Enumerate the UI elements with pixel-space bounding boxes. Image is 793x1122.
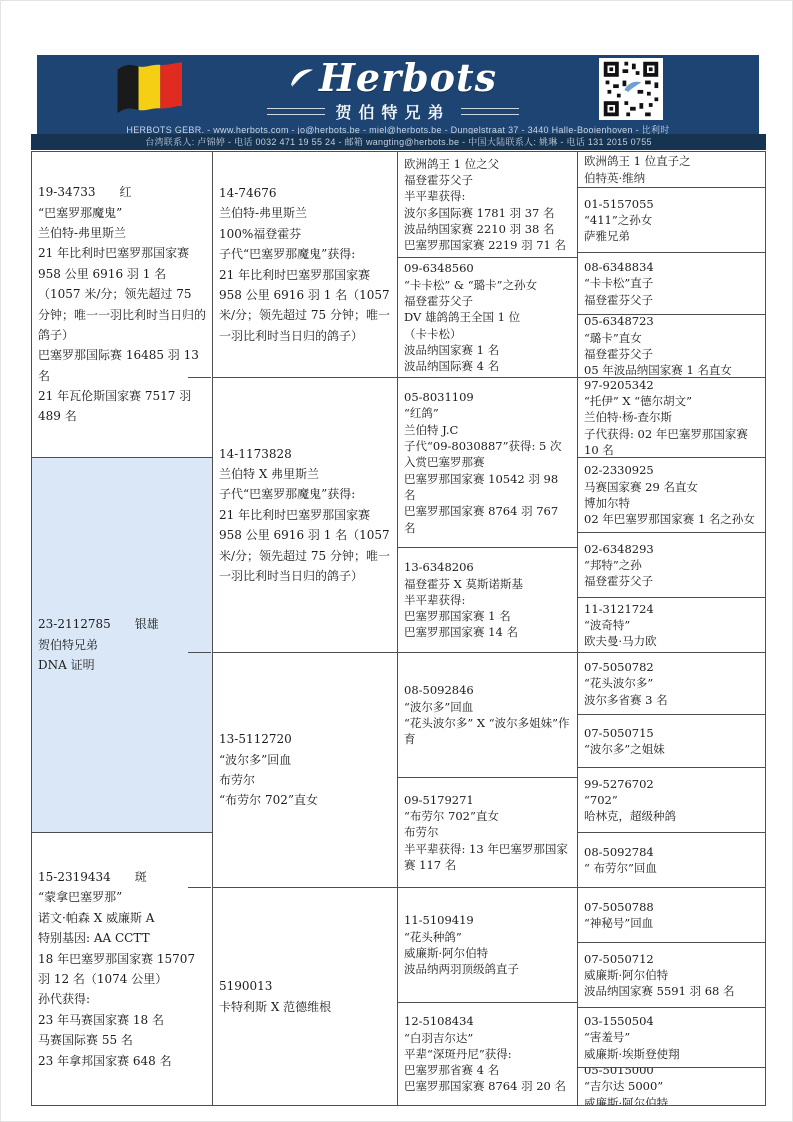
brand-name-script: Herbots	[319, 59, 497, 97]
banner-row: Herbots 贺伯特兄弟	[37, 55, 759, 121]
pedigree-column-1: 19-34733 红 “巴塞罗那魔鬼” 兰伯特-弗里斯兰 21 年比利时巴塞罗那…	[32, 152, 212, 1105]
brand-name-chinese: 贺伯特兄弟	[335, 100, 450, 123]
feather-icon	[289, 67, 315, 89]
pedigree-cell: 05-6348723 “璐卡”直女 福登霍芬父子 05 年波品纳国家赛 1 名直…	[578, 314, 765, 377]
pedigree-cell: 99-5276702 “702” 哈林克，超级种鸽	[578, 767, 765, 832]
connector-tick	[188, 887, 211, 888]
pedigree-cell: 13-6348206 福登霍芬 X 莫斯诺斯基 半平辈获得: 巴塞罗那国家赛 1…	[398, 547, 577, 652]
pedigree-cell: 07-5050712 威廉斯·阿尔伯特 波品纳国家赛 5591 羽 68 名	[578, 942, 765, 1007]
pedigree-cell: 09-6348560 “卡卡松” & “璐卡”之孙女 福登霍芬父子 DV 雄鸽鸽…	[398, 257, 577, 377]
pedigree-cell: 11-5109419 “花头种鸽” 威廉斯·阿尔伯特 波品纳两羽顶级鸽直子	[398, 887, 577, 1002]
pedigree-cell: 09-5179271 “布劳尔 702”直女 布劳尔 半平辈获得: 13 年巴塞…	[398, 777, 577, 887]
contact-line-2: 台湾联系人: 卢锦婷 - 电话 0032 471 19 55 24 - 邮箱 w…	[31, 134, 766, 150]
connector-tick	[188, 377, 211, 378]
pedigree-column-4: 欧洲鸽王 1 位直子之 伯特英·维纳 01-5157055 “411”之孙女 萨…	[577, 152, 765, 1105]
belgian-flag-icon	[111, 60, 187, 118]
pedigree-cell: 5190013 卡特利斯 X 范德维根	[213, 887, 397, 1105]
right-decorative-lines	[461, 108, 519, 115]
pedigree-cell: 11-3121724 “波奇特” 欧夫曼·马力欧	[578, 597, 765, 652]
connector-tick	[188, 652, 211, 653]
pedigree-cell: 欧洲鸽王 1 位直子之 伯特英·维纳	[578, 152, 765, 187]
pedigree-cell: 02-6348293 “邦特”之孙 福登霍芬父子	[578, 532, 765, 597]
subject-bird-cell: 23-2112785 银雄 贺伯特兄弟 DNA 证明	[32, 457, 212, 832]
brand-logo: Herbots 贺伯特兄弟	[187, 59, 599, 123]
pedigree-cell: 97-9205342 “托伊” X “德尔胡文” 兰伯特·杨-查尔斯 子代获得:…	[578, 377, 765, 457]
pedigree-document-page: Herbots 贺伯特兄弟	[0, 0, 793, 1122]
pedigree-cell: 05-8031109 “红鸽” 兰伯特 J.C 子代“09-8030887”获得…	[398, 377, 577, 547]
pedigree-cell: 08-6348834 “卡卡松”直子 福登霍芬父子	[578, 252, 765, 314]
pedigree-cell: 07-5050788 “神秘号”回血	[578, 887, 765, 942]
pedigree-cell: 08-5092784 “ 布劳尔”回血	[578, 832, 765, 887]
pedigree-cell: 08-5092846 “波尔多”回血 “花头波尔多” X “波尔多姐妹”作育	[398, 652, 577, 777]
pedigree-cell: 13-5112720 “波尔多”回血 布劳尔 “布劳尔 702”直女	[213, 652, 397, 887]
pedigree-cell: 03-1550504 “害羞号” 威廉斯·埃斯登使翔	[578, 1007, 765, 1067]
qr-code	[599, 58, 663, 120]
pedigree-column-3: 欧洲鸽王 1 位之父 福登霍芬父子 半平辈获得: 波尔多国际赛 1781 羽 3…	[397, 152, 577, 1105]
pedigree-cell-sire-desc: 19-34733 红 “巴塞罗那魔鬼” 兰伯特-弗里斯兰 21 年比利时巴塞罗那…	[32, 152, 212, 457]
left-decorative-lines	[267, 108, 325, 115]
pedigree-cell: 欧洲鸽王 1 位之父 福登霍芬父子 半平辈获得: 波尔多国际赛 1781 羽 3…	[398, 152, 577, 257]
pedigree-table: 19-34733 红 “巴塞罗那魔鬼” 兰伯特-弗里斯兰 21 年比利时巴塞罗那…	[31, 151, 766, 1106]
pedigree-cell: 14-1173828 兰伯特 X 弗里斯兰 子代“巴塞罗那魔鬼”获得: 21 年…	[213, 377, 397, 652]
pedigree-cell-dam-desc: 15-2319434 斑 “蒙拿巴塞罗那” 诺文·帕森 X 威廉斯 A 特别基因…	[32, 832, 212, 1105]
pedigree-cell: 05-5015000 “吉尔达 5000” 威廉斯·阿尔伯特	[578, 1067, 765, 1105]
pedigree-cell: 02-2330925 马赛国家赛 29 名直女 博加尔特 02 年巴塞罗那国家赛…	[578, 457, 765, 532]
pedigree-cell: 14-74676 兰伯特-弗里斯兰 100%福登霍芬 子代“巴塞罗那魔鬼”获得:…	[213, 152, 397, 377]
header-banner: Herbots 贺伯特兄弟	[37, 55, 759, 150]
pedigree-cell: 12-5108434 “白羽吉尔达” 平辈“深斑丹尼”获得: 巴塞罗那省赛 4 …	[398, 1002, 577, 1105]
pedigree-cell: 07-5050715 “波尔多”之姐妹	[578, 714, 765, 767]
pedigree-cell: 07-5050782 “花头波尔多” 波尔多省赛 3 名	[578, 652, 765, 714]
pedigree-cell: 01-5157055 “411”之孙女 萨雅兄弟	[578, 187, 765, 252]
pedigree-column-2: 14-74676 兰伯特-弗里斯兰 100%福登霍芬 子代“巴塞罗那魔鬼”获得:…	[212, 152, 397, 1105]
